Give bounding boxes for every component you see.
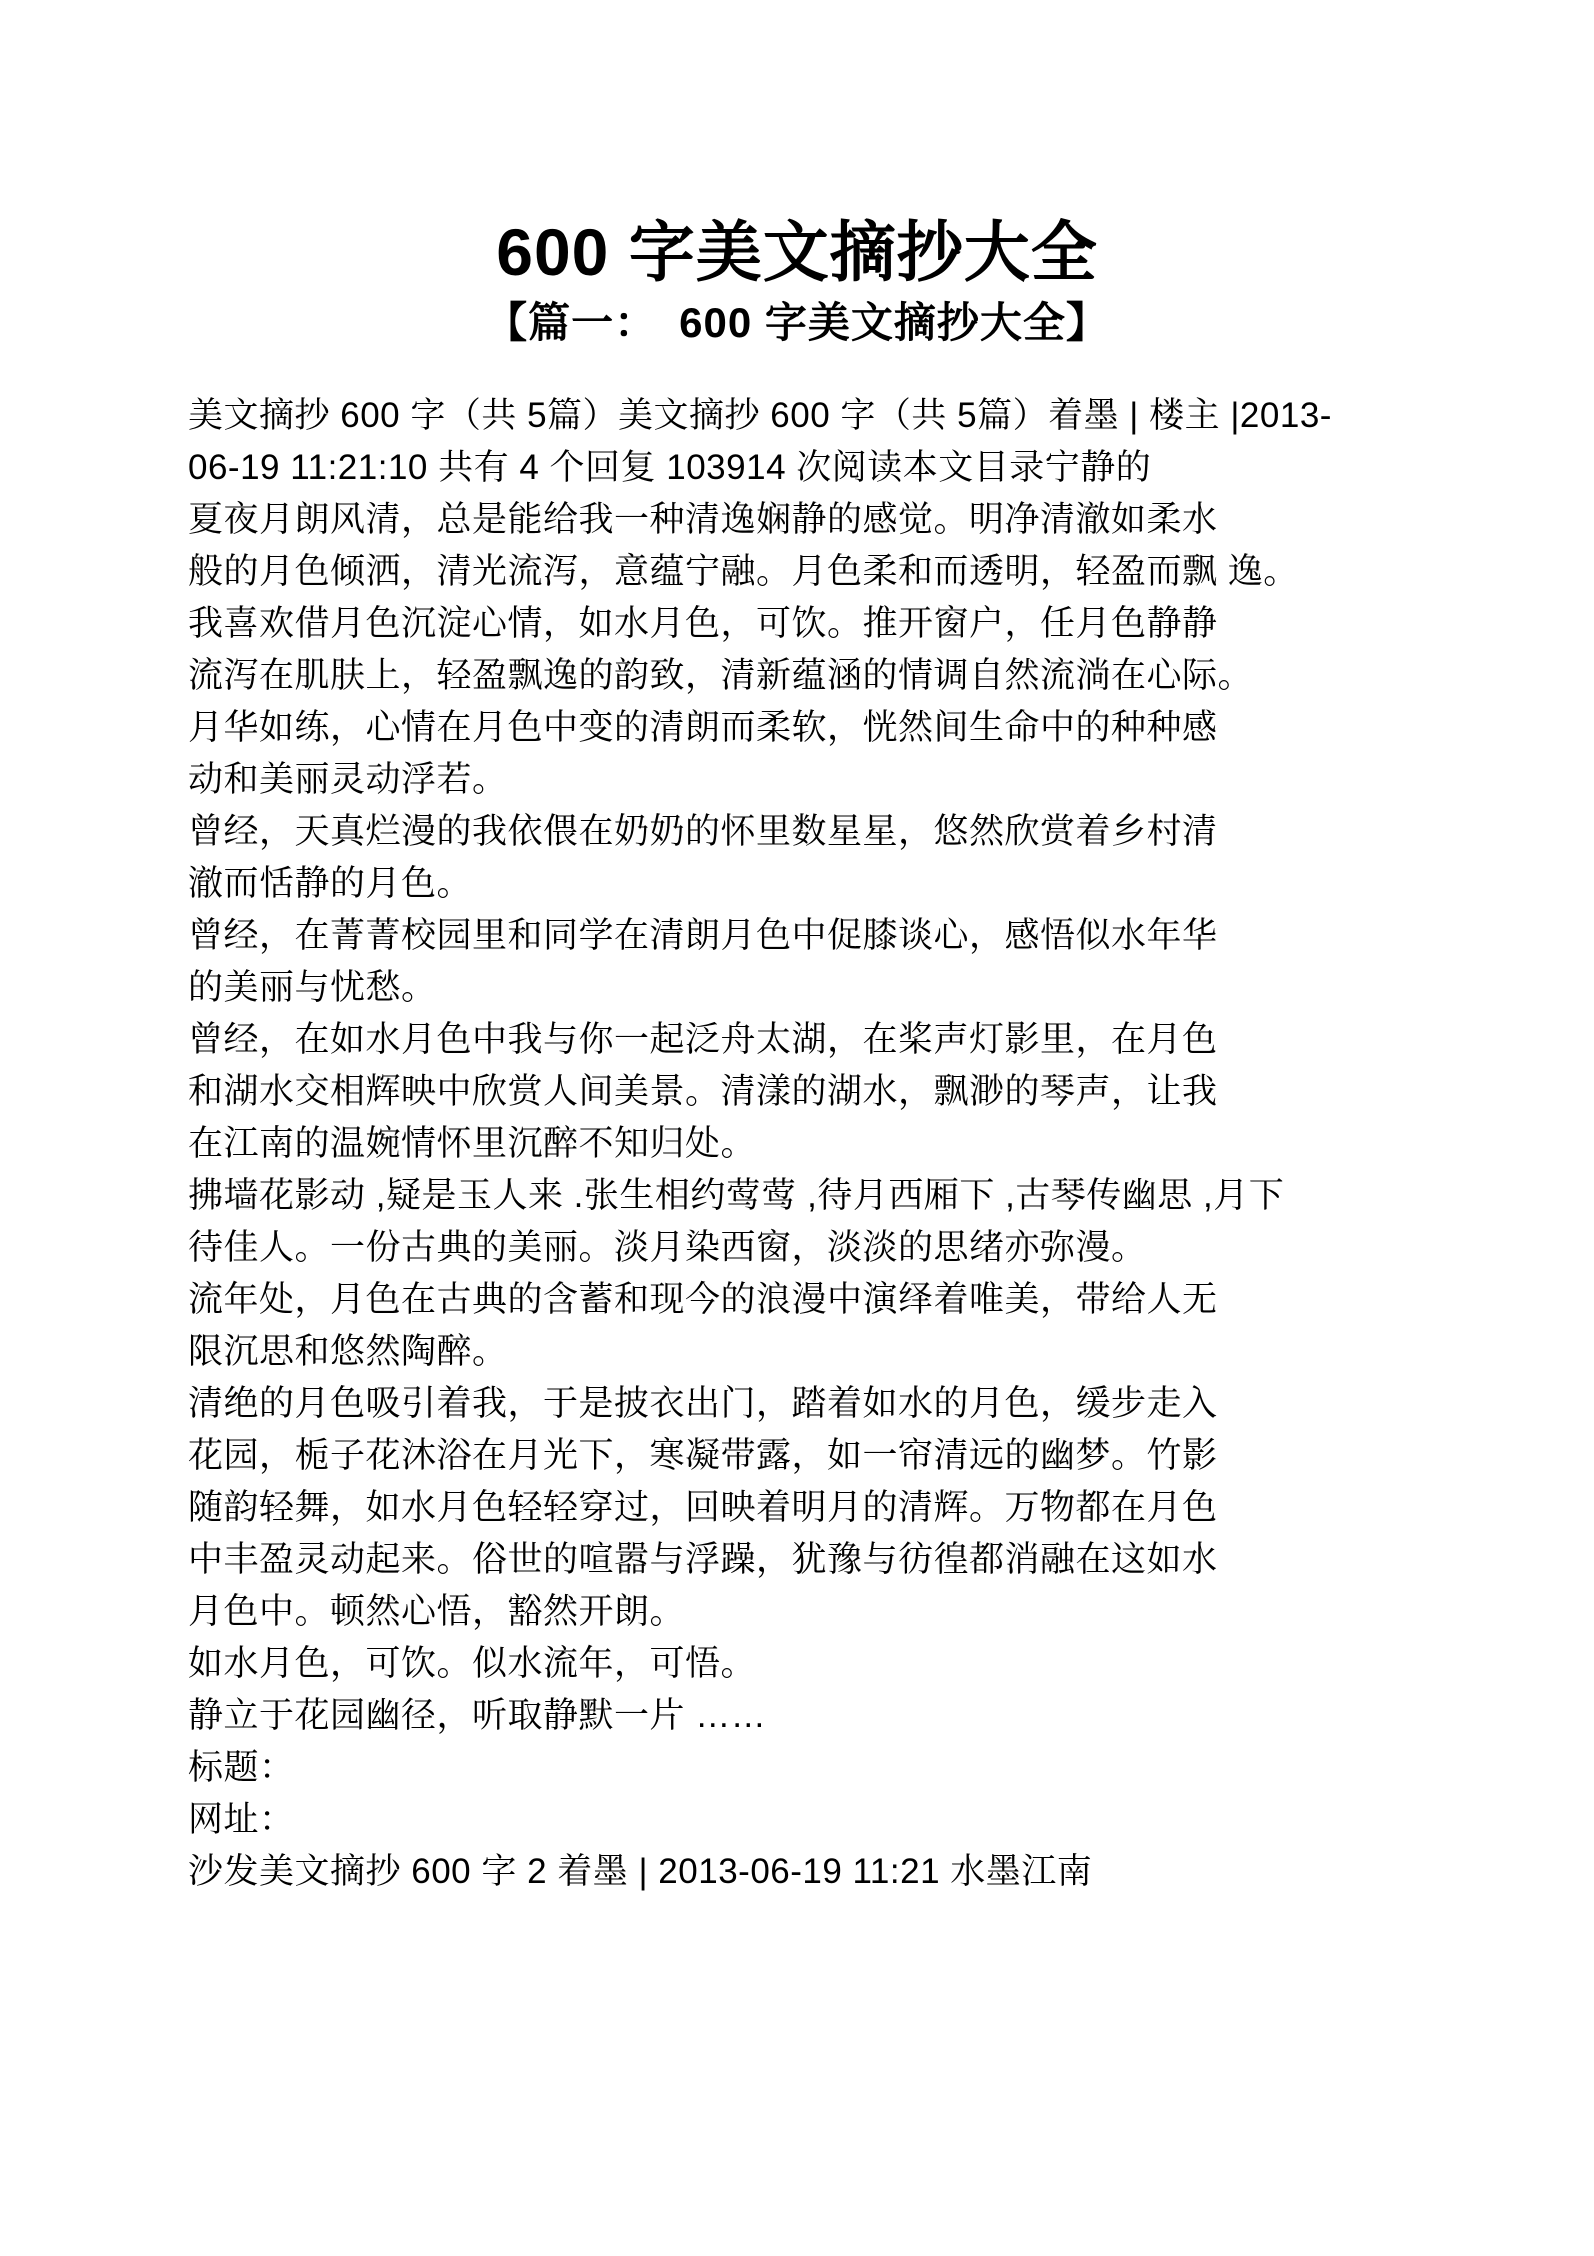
body-line: 如水月色，可饮。似水流年，可悟。 <box>188 1638 1478 1690</box>
body-line: 的美丽与忧愁。 <box>188 962 1478 1014</box>
body-line: 我喜欢借月色沉淀心情，如水月色，可饮。推开窗户，任月色静静 <box>188 598 1478 650</box>
body-line: 中丰盈灵动起来。俗世的喧嚣与浮躁，犹豫与彷徨都消融在这如水 <box>188 1534 1478 1586</box>
body-line: 般的月色倾洒，清光流泻，意蕴宁融。月色柔和而透明，轻盈而飘 逸。 <box>188 546 1478 598</box>
body-line: 网址： <box>188 1794 1478 1846</box>
body-line: 澈而恬静的月色。 <box>188 858 1478 910</box>
body-line: 标题： <box>188 1742 1478 1794</box>
body-line: 沙发美文摘抄 600 字 2 着墨 | 2013-06-19 11:21 水墨江… <box>188 1846 1478 1898</box>
body-line: 月华如练，心情在月色中变的清朗而柔软，恍然间生命中的种种感 <box>188 702 1478 754</box>
body-line: 清绝的月色吸引着我，于是披衣出门，踏着如水的月色，缓步走入 <box>188 1378 1478 1430</box>
body-line: 曾经，天真烂漫的我依偎在奶奶的怀里数星星，悠然欣赏着乡村清 <box>188 806 1478 858</box>
body-line: 美文摘抄 600 字（共 5篇）美文摘抄 600 字（共 5篇）着墨 | 楼主 … <box>188 390 1478 442</box>
section-heading: 【篇一： 600 字美文摘抄大全】 <box>0 301 1594 345</box>
document-page: 600 字美文摘抄大全 【篇一： 600 字美文摘抄大全】 美文摘抄 600 字… <box>0 0 1594 2256</box>
body-text: 美文摘抄 600 字（共 5篇）美文摘抄 600 字（共 5篇）着墨 | 楼主 … <box>188 390 1478 1898</box>
body-line: 待佳人。一份古典的美丽。淡月染西窗，淡淡的思绪亦弥漫。 <box>188 1222 1478 1274</box>
body-line: 在江南的温婉情怀里沉醉不知归处。 <box>188 1118 1478 1170</box>
body-line: 限沉思和悠然陶醉。 <box>188 1326 1478 1378</box>
body-line: 花园，栀子花沐浴在月光下，寒凝带露，如一帘清远的幽梦。竹影 <box>188 1430 1478 1482</box>
body-line: 动和美丽灵动浮若。 <box>188 754 1478 806</box>
body-line: 随韵轻舞，如水月色轻轻穿过，回映着明月的清辉。万物都在月色 <box>188 1482 1478 1534</box>
page-title: 600 字美文摘抄大全 <box>0 0 1594 287</box>
body-line: 静立于花园幽径，听取静默一片 …… <box>188 1690 1478 1742</box>
body-line: 流年处，月色在古典的含蓄和现今的浪漫中演绎着唯美，带给人无 <box>188 1274 1478 1326</box>
body-line: 拂墙花影动 ,疑是玉人来 .张生相约莺莺 ,待月西厢下 ,古琴传幽思 ,月下 <box>188 1170 1478 1222</box>
body-line: 流泻在肌肤上，轻盈飘逸的韵致，清新蕴涵的情调自然流淌在心际。 <box>188 650 1478 702</box>
body-line: 曾经，在菁菁校园里和同学在清朗月色中促膝谈心，感悟似水年华 <box>188 910 1478 962</box>
body-line: 月色中。顿然心悟，豁然开朗。 <box>188 1586 1478 1638</box>
body-line: 夏夜月朗风清，总是能给我一种清逸娴静的感觉。明净清澈如柔水 <box>188 494 1478 546</box>
body-line: 曾经，在如水月色中我与你一起泛舟太湖，在桨声灯影里，在月色 <box>188 1014 1478 1066</box>
body-line: 06-19 11:21:10 共有 4 个回复 103914 次阅读本文目录宁静… <box>188 442 1478 494</box>
body-line: 和湖水交相辉映中欣赏人间美景。清漾的湖水，飘渺的琴声，让我 <box>188 1066 1478 1118</box>
